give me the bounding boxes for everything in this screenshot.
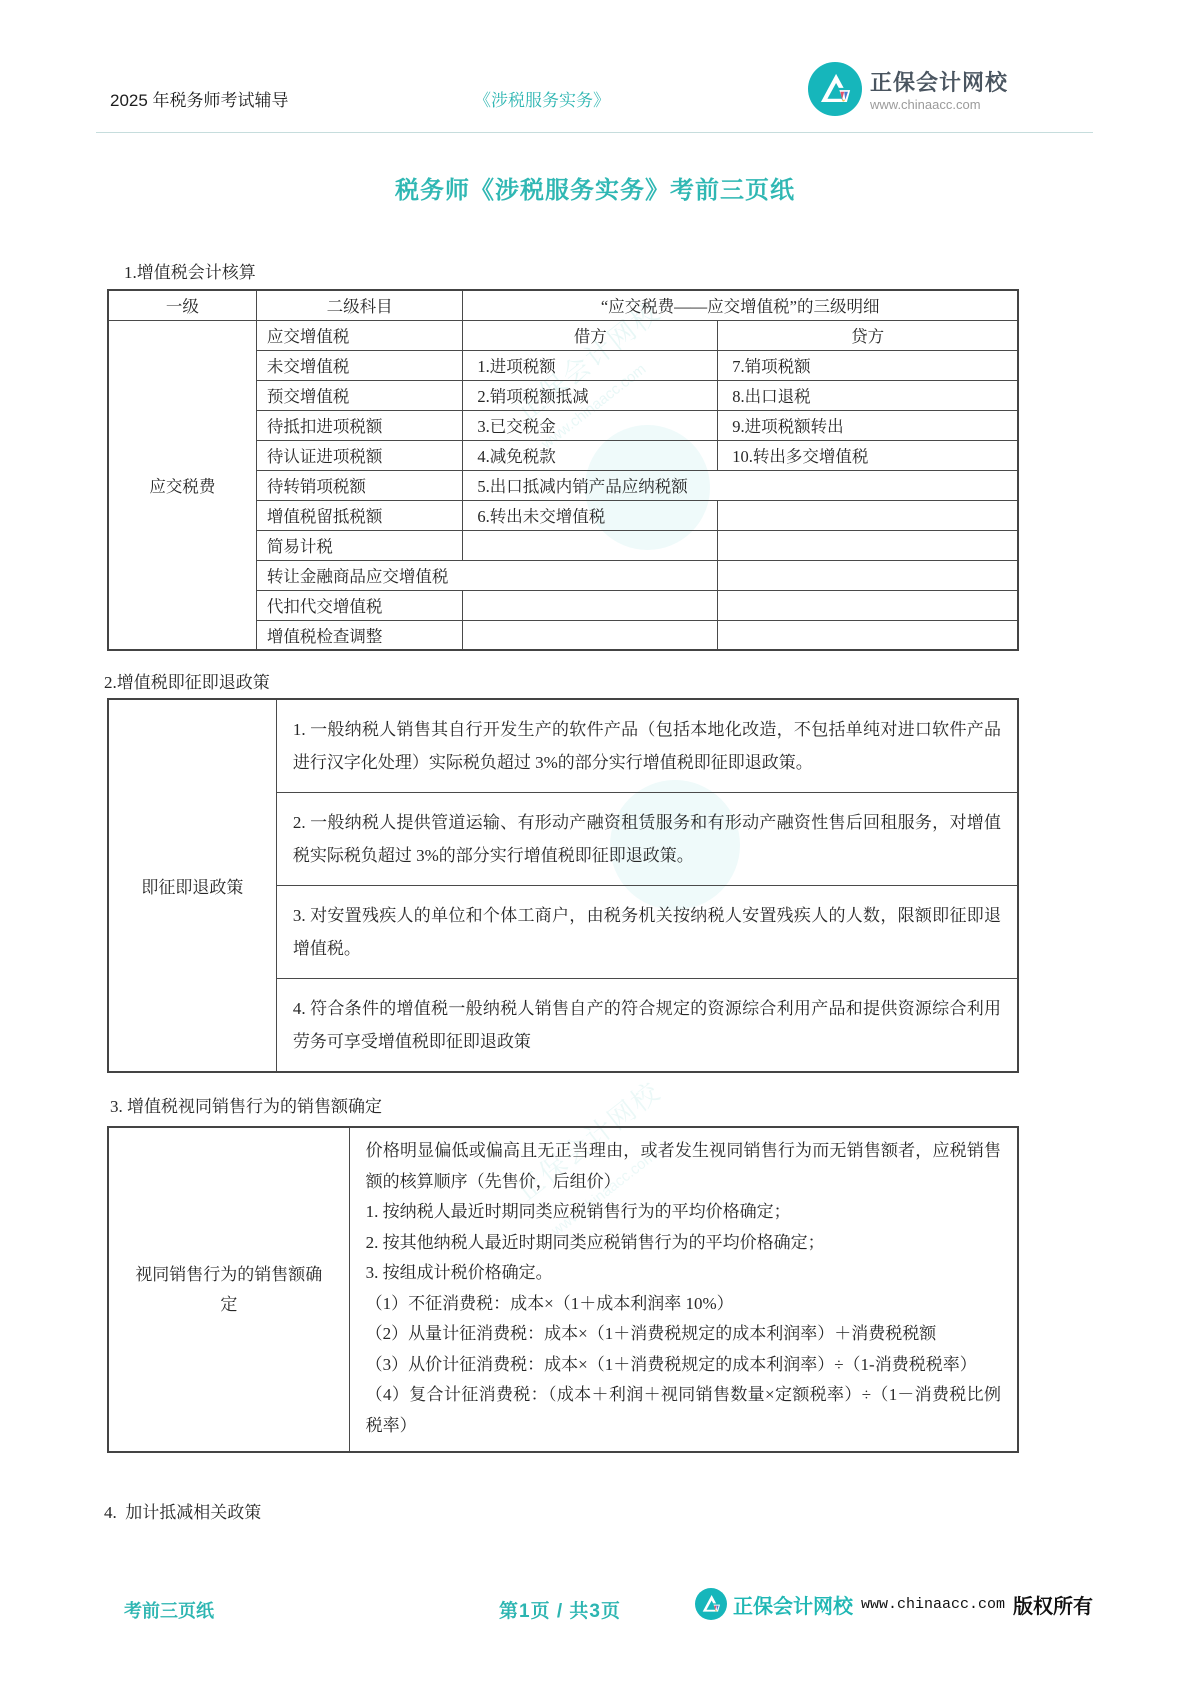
footer-page-indicator: 第1页 / 共3页	[499, 1596, 621, 1623]
header-subject-label: 《涉税服务实务》	[474, 86, 610, 111]
rule-line: 1. 按纳税人最近时期同类应税销售行为的平均价格确定；	[366, 1197, 1001, 1228]
debit-cell: 3.已交税金	[463, 410, 718, 440]
credit-cell	[718, 590, 1018, 620]
table-header-row: 一级 二级科目 “应交税费——应交增值税”的三级明细	[108, 290, 1018, 320]
credit-cell: 10.转出多交增值税	[718, 440, 1018, 470]
credit-cell: 9.进项税额转出	[718, 410, 1018, 440]
debit-cell: 4.减免税款	[463, 440, 718, 470]
table-row: 视同销售行为的销售额确定 价格明显偏低或偏高且无正当理由，或者发生视同销售行为而…	[108, 1127, 1018, 1452]
rule-line: 3. 按组成计税价格确定。	[366, 1258, 1001, 1289]
policy-item-cell: 1. 一般纳税人销售其自行开发生产的软件产品（包括本地化改造，不包括单纯对进口软…	[276, 699, 1018, 793]
document-page: { "colors": { "accent": "#2cb5b1", "logo…	[0, 0, 1190, 1683]
page-title: 税务师《涉税服务实务》考前三页纸	[0, 170, 1190, 205]
rule-line: （3）从价计征消费税：成本×（1＋消费税规定的成本利润率）÷（1-消费税税率）	[366, 1350, 1001, 1381]
rule-line: 2. 按其他纳税人最近时期同类应税销售行为的平均价格确定；	[366, 1228, 1001, 1259]
footer-brand-block: 正保会计网校 www.chinaacc.com 版权所有	[695, 1588, 1093, 1620]
subject-cell: 增值税留抵税额	[256, 500, 463, 530]
brand-url: www.chinaacc.com	[870, 97, 1008, 112]
credit-cell	[718, 560, 1018, 590]
policy-item-cell: 4. 符合条件的增值税一般纳税人销售自产的符合规定的资源综合利用产品和提供资源综…	[276, 979, 1018, 1073]
level1-cell: 应交税费	[108, 320, 256, 650]
policy-label-cell: 即征即退政策	[108, 699, 276, 1072]
col-header-level1: 一级	[108, 290, 256, 320]
credit-header-cell: 贷方	[718, 320, 1018, 350]
rule-line: （4）复合计征消费税：（成本＋利润＋视同销售数量×定额税率）÷（1－消费税比例税…	[366, 1380, 1001, 1441]
footer-brand-name: 正保会计网校	[733, 1590, 853, 1619]
debit-cell: 6.转出未交增值税	[463, 500, 718, 530]
table-row: 即征即退政策 1. 一般纳税人销售其自行开发生产的软件产品（包括本地化改造，不包…	[108, 699, 1018, 793]
subject-cell: 待抵扣进项税额	[256, 410, 463, 440]
subject-cell: 增值税检查调整	[256, 620, 463, 650]
debit-cell: 5.出口抵减内销产品应纳税额	[463, 470, 1018, 500]
subject-cell: 转让金融商品应交增值税	[256, 560, 717, 590]
subject-cell: 应交增值税	[256, 320, 463, 350]
footer-doc-label: 考前三页纸	[124, 1597, 214, 1623]
credit-cell	[718, 500, 1018, 530]
table-row: 应交税费 应交增值税 借方 贷方	[108, 320, 1018, 350]
debit-cell: 1.进项税额	[463, 350, 718, 380]
debit-cell	[463, 620, 718, 650]
debit-header-cell: 借方	[463, 320, 718, 350]
subject-cell: 待转销项税额	[256, 470, 463, 500]
credit-cell: 8.出口退税	[718, 380, 1018, 410]
col-header-level2: 二级科目	[256, 290, 463, 320]
brand-name: 正保会计网校	[870, 66, 1008, 97]
subject-cell: 未交增值税	[256, 350, 463, 380]
brand-logo-icon	[808, 62, 862, 116]
vat-accounting-table: 一级 二级科目 “应交税费——应交增值税”的三级明细 应交税费 应交增值税 借方…	[107, 289, 1019, 651]
footer-brand-logo-icon	[695, 1588, 727, 1620]
section-1-heading: 1.增值税会计核算	[124, 258, 256, 283]
credit-cell: 7.销项税额	[718, 350, 1018, 380]
subject-cell: 代扣代交增值税	[256, 590, 463, 620]
policy-item-cell: 3. 对安置残疾人的单位和个体工商户，由税务机关按纳税人安置残疾人的人数，限额即…	[276, 886, 1018, 979]
header-course-label: 2025 年税务师考试辅导	[110, 86, 289, 111]
deemed-sales-table: 视同销售行为的销售额确定 价格明显偏低或偏高且无正当理由，或者发生视同销售行为而…	[107, 1126, 1019, 1453]
brand-logo: 正保会计网校 www.chinaacc.com	[808, 62, 1008, 116]
credit-cell	[718, 530, 1018, 560]
rule-line: （1）不征消费税：成本×（1＋成本利润率 10%）	[366, 1289, 1001, 1320]
section-2-heading: 2.增值税即征即退政策	[104, 668, 270, 693]
footer-copyright: 版权所有	[1013, 1590, 1093, 1619]
deemed-sales-body-cell: 价格明显偏低或偏高且无正当理由，或者发生视同销售行为而无销售额者，应税销售额的核…	[349, 1127, 1018, 1452]
section-3-heading: 3. 增值税视同销售行为的销售额确定	[110, 1092, 382, 1117]
subject-cell: 预交增值税	[256, 380, 463, 410]
section-4-heading: 4. 加计抵减相关政策	[104, 1498, 261, 1523]
rule-line: （2）从量计征消费税：成本×（1＋消费税规定的成本利润率）＋消费税税额	[366, 1319, 1001, 1350]
refund-policy-table: 即征即退政策 1. 一般纳税人销售其自行开发生产的软件产品（包括本地化改造，不包…	[107, 698, 1019, 1073]
header-divider	[96, 132, 1093, 133]
debit-cell	[463, 530, 718, 560]
deemed-sales-label-cell: 视同销售行为的销售额确定	[108, 1127, 349, 1452]
rule-line: 价格明显偏低或偏高且无正当理由，或者发生视同销售行为而无销售额者，应税销售额的核…	[366, 1136, 1001, 1197]
footer-brand-url: www.chinaacc.com	[861, 1596, 1005, 1613]
col-header-detail: “应交税费——应交增值税”的三级明细	[463, 290, 1018, 320]
debit-cell	[463, 590, 718, 620]
subject-cell: 简易计税	[256, 530, 463, 560]
credit-cell	[718, 620, 1018, 650]
policy-item-cell: 2. 一般纳税人提供管道运输、有形动产融资租赁服务和有形动产融资性售后回租服务，…	[276, 793, 1018, 886]
debit-cell: 2.销项税额抵减	[463, 380, 718, 410]
subject-cell: 待认证进项税额	[256, 440, 463, 470]
